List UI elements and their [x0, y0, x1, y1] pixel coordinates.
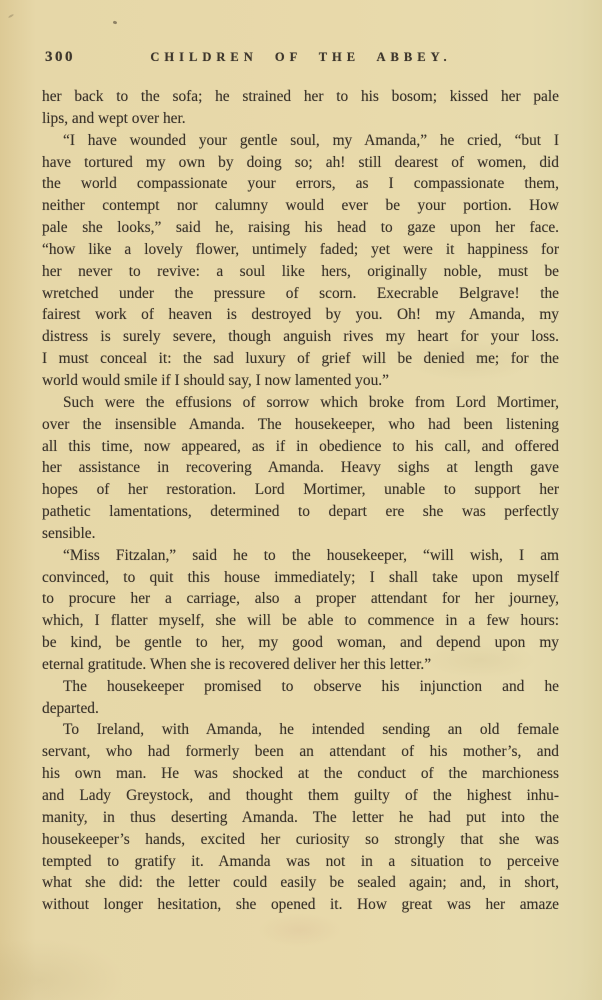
running-title: CHILDREN OF THE ABBEY. — [0, 50, 602, 65]
text-line: fairest work of heaven is destroyed by y… — [42, 304, 559, 326]
paragraph: The housekeeper promised to observe his … — [42, 676, 559, 720]
text-line: The housekeeper promised to observe his … — [42, 676, 559, 698]
ink-speck — [113, 20, 118, 24]
text-line: tempted to gratify it. Amanda was not in… — [42, 851, 559, 873]
text-line: world would smile if I should say, I now… — [42, 370, 559, 392]
ink-speck — [8, 14, 14, 19]
paragraph: her back to the sofa; he strained her to… — [42, 86, 559, 130]
paragraph: To Ireland, with Amanda, he intended sen… — [42, 719, 559, 916]
text-line: without longer hesitation, she opened it… — [42, 894, 559, 916]
page-text: her back to the sofa; he strained her to… — [42, 86, 559, 916]
text-line: wretched under the pressure of scorn. Ex… — [42, 283, 559, 305]
text-line: “Miss Fitzalan,” said he to the housekee… — [42, 545, 559, 567]
text-line: servant, who had formerly been an attend… — [42, 741, 559, 763]
text-line: “I have wounded your gentle soul, my Ama… — [42, 130, 559, 152]
text-line: over the insensible Amanda. The housekee… — [42, 414, 559, 436]
text-line: what she did: the letter could easily be… — [42, 872, 559, 894]
text-line: her back to the sofa; he strained her to… — [42, 86, 559, 108]
text-line: pathetic lamentations, determined to dep… — [42, 501, 559, 523]
text-line: the world compassionate your errors, as … — [42, 173, 559, 195]
text-line: manity, in thus deserting Amanda. The le… — [42, 807, 559, 829]
text-line: to procure her a carriage, also a proper… — [42, 588, 559, 610]
text-line: departed. — [42, 698, 559, 720]
text-line: her never to revive: a soul like hers, o… — [42, 261, 559, 283]
paragraph: “Miss Fitzalan,” said he to the housekee… — [42, 545, 559, 676]
text-line: I must conceal it: the sad luxury of gri… — [42, 348, 559, 370]
text-line: Such were the effusions of sorrow which … — [42, 392, 559, 414]
text-line: his own man. He was shocked at the condu… — [42, 763, 559, 785]
text-line: be kind, be gentle to her, my good woman… — [42, 632, 559, 654]
text-line: neither contempt nor calumny would ever … — [42, 195, 559, 217]
paragraph: “I have wounded your gentle soul, my Ama… — [42, 130, 559, 392]
text-line: To Ireland, with Amanda, he intended sen… — [42, 719, 559, 741]
text-line: lips, and wept over her. — [42, 108, 559, 130]
text-line: all this time, now appeared, as if in ob… — [42, 436, 559, 458]
text-line: her assistance in recovering Amanda. Hea… — [42, 457, 559, 479]
text-line: “how like a lovely flower, untimely fade… — [42, 239, 559, 261]
text-line: housekeeper’s hands, excited her curiosi… — [42, 829, 559, 851]
text-line: hopes of her restoration. Lord Mortimer,… — [42, 479, 559, 501]
text-line: distress is surely severe, though anguis… — [42, 326, 559, 348]
book-page: 300 CHILDREN OF THE ABBEY. her back to t… — [0, 0, 602, 1000]
text-line: convinced, to quit this house immediatel… — [42, 567, 559, 589]
text-line: and Lady Greystock, and thought them gui… — [42, 785, 559, 807]
text-line: which, I flatter myself, she will be abl… — [42, 610, 559, 632]
text-line: have tortured my own by doing so; ah! st… — [42, 152, 559, 174]
paragraph: Such were the effusions of sorrow which … — [42, 392, 559, 545]
page-header: 300 CHILDREN OF THE ABBEY. — [0, 48, 602, 68]
text-line: sensible. — [42, 523, 559, 545]
text-line: pale she looks,” said he, raising his he… — [42, 217, 559, 239]
text-line: eternal gratitude. When she is recovered… — [42, 654, 559, 676]
